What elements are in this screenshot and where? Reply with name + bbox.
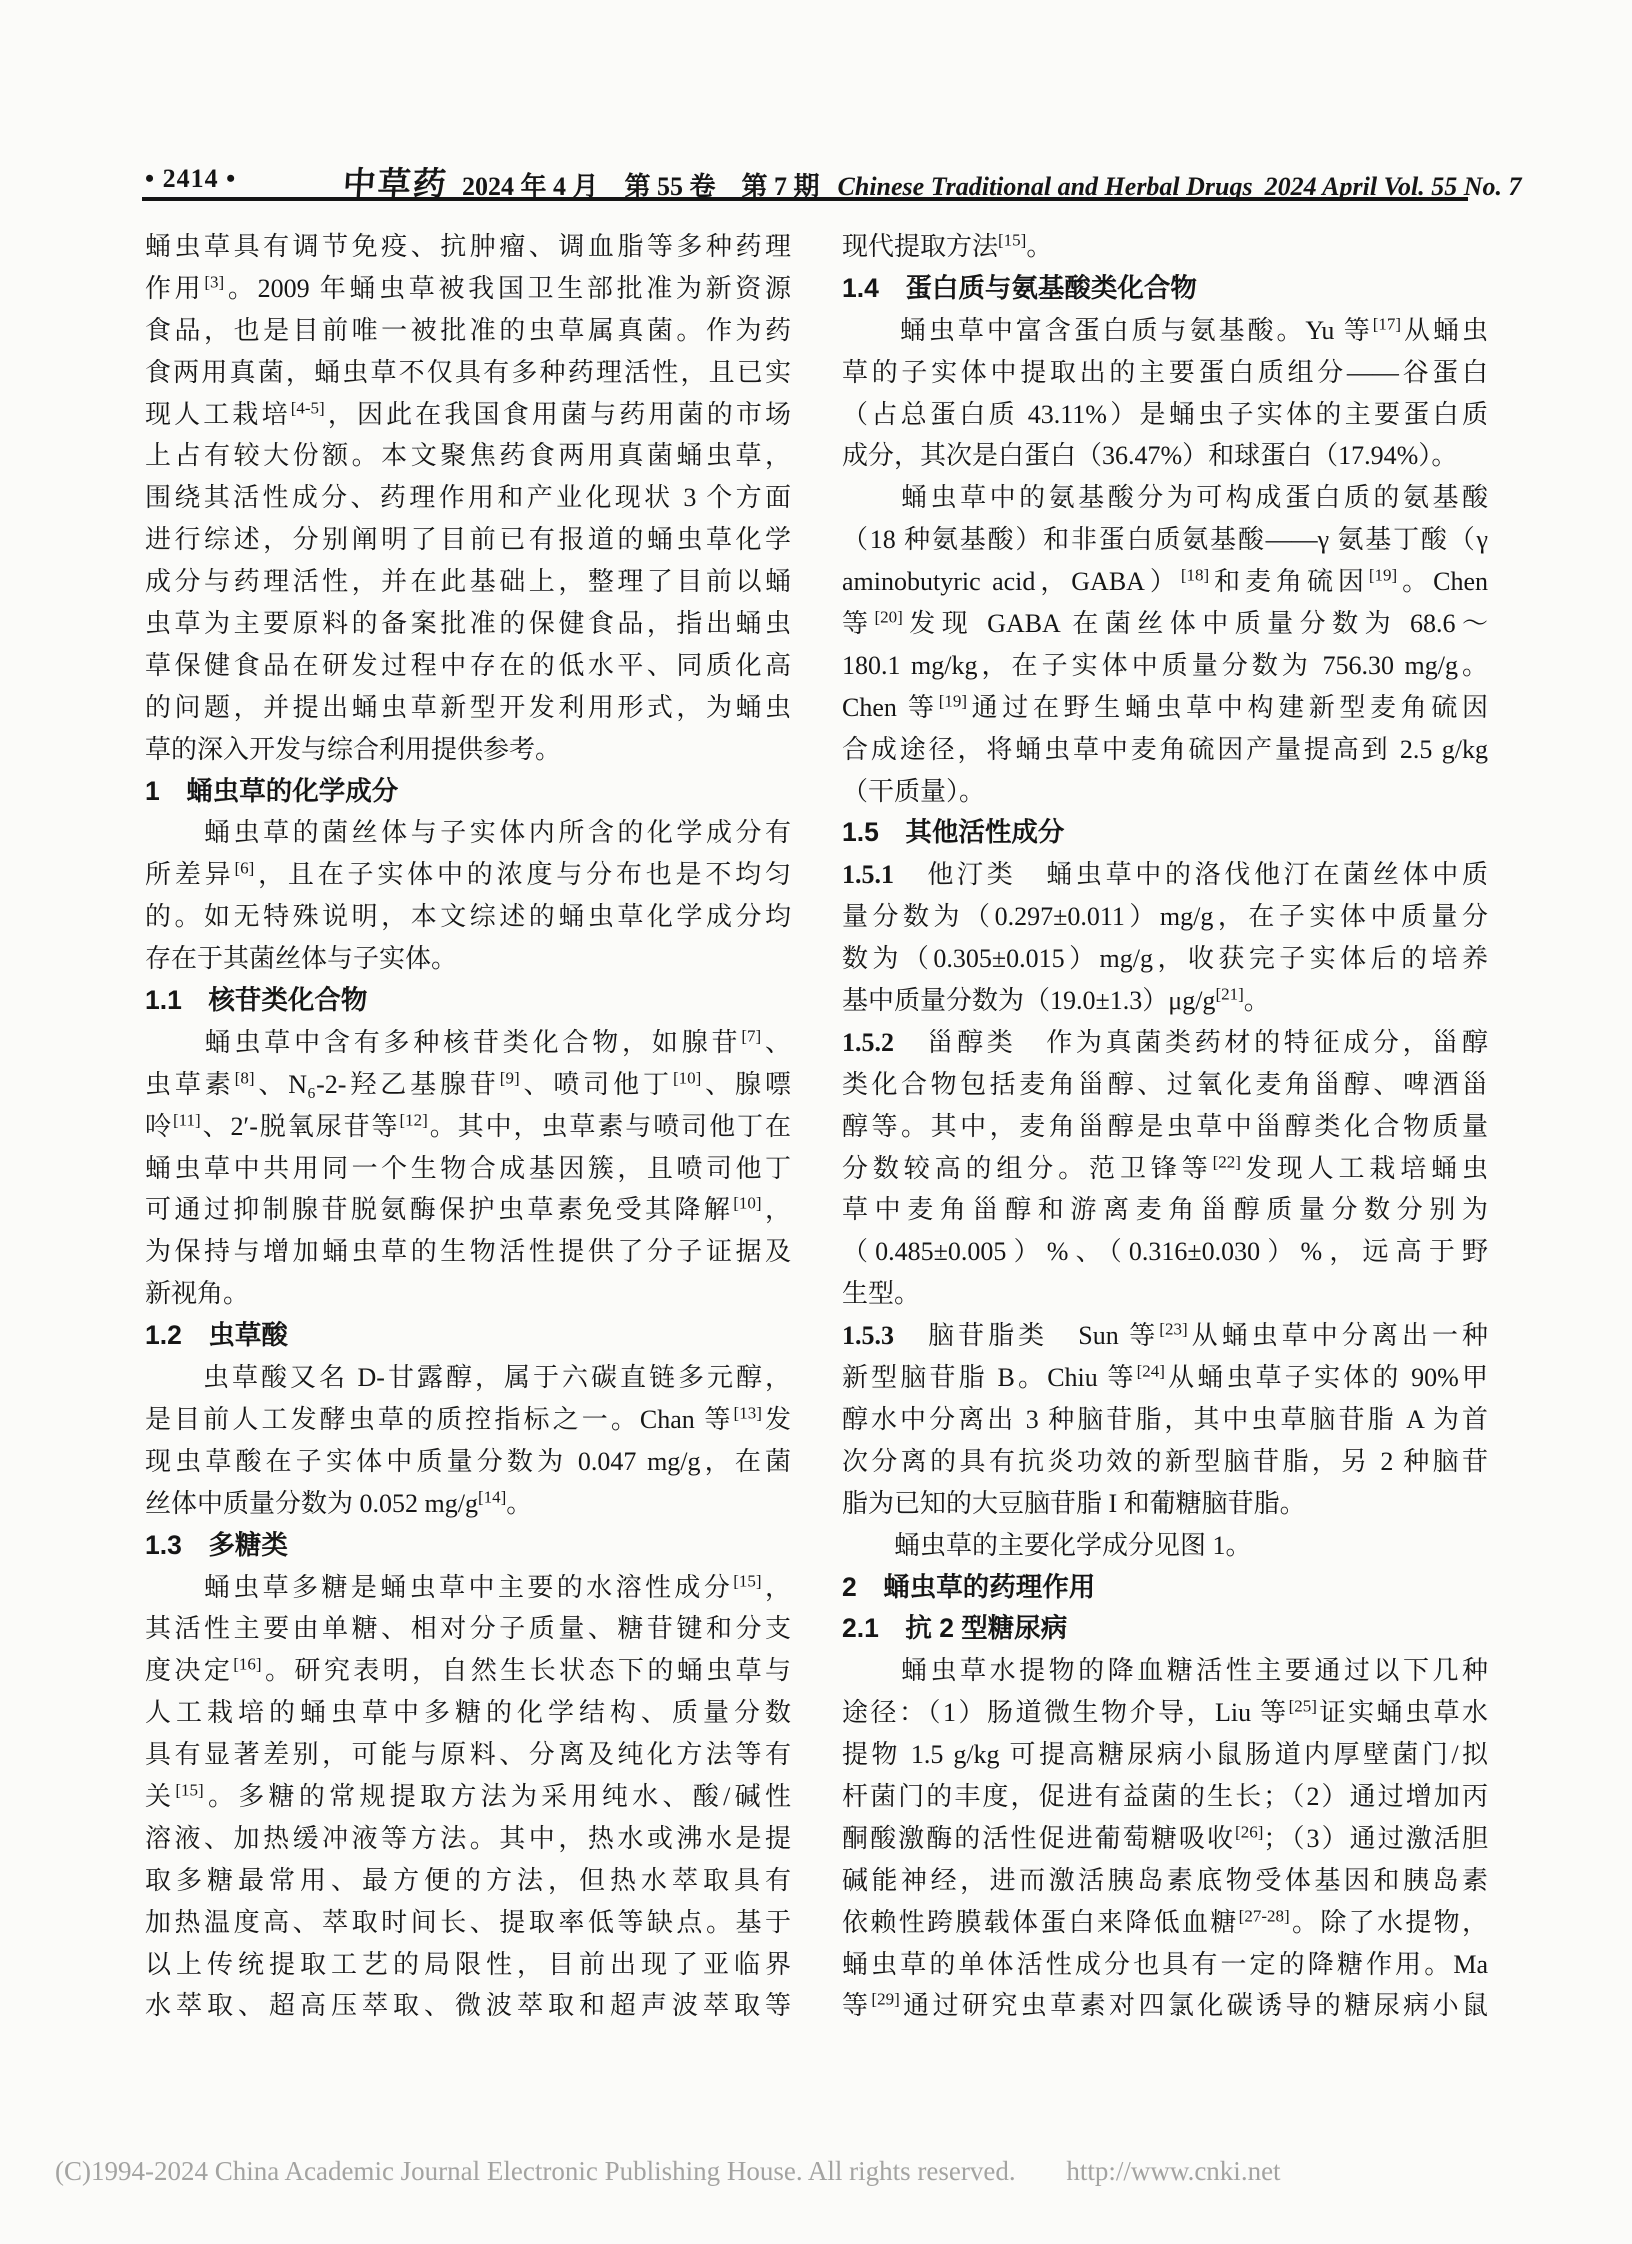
- text-line: 分数较高的组分。范卫锋等[22]发现人工栽培蛹虫: [842, 1148, 1488, 1190]
- text-line: 所差异[6]，且在子实体中的浓度与分布也是不均匀: [145, 854, 791, 896]
- text-line: 虫草素[8]、N₆-2-羟乙基腺苷[9]、喷司他丁[10]、腺嘌: [145, 1064, 791, 1106]
- section-heading: 1.4 蛋白质与氨基酸类化合物: [842, 268, 1488, 310]
- text-line: 1.5.2 甾醇类 作为真菌类药材的特征成分，甾醇: [842, 1022, 1488, 1064]
- text-line: 蛹虫草的单体活性成分也具有一定的降糖作用。Ma: [842, 1944, 1488, 1986]
- text-line: 蛹虫草中富含蛋白质与氨基酸。Yu 等[17]从蛹虫: [842, 310, 1488, 352]
- section-heading: 2.1 抗 2 型糖尿病: [842, 1608, 1488, 1650]
- text-line: 虫草酸又名 D-甘露醇，属于六碳直链多元醇，: [145, 1357, 791, 1399]
- text-line: 蛹虫草中的氨基酸分为可构成蛋白质的氨基酸: [842, 477, 1488, 519]
- text-line: 等[20]发现 GABA 在菌丝体中质量分数为 68.6～: [842, 603, 1488, 645]
- section-heading: 1.5 其他活性成分: [842, 812, 1488, 854]
- text-line: 草的深入开发与综合利用提供参考。: [145, 729, 791, 771]
- run-in-heading: 1.5.2: [842, 1028, 894, 1057]
- text-line: 提物 1.5 g/kg 可提高糖尿病小鼠肠道内厚壁菌门/拟: [842, 1734, 1488, 1776]
- text-line: 作用[3]。2009 年蛹虫草被我国卫生部批准为新资源: [145, 268, 791, 310]
- text-line: 草的子实体中提取出的主要蛋白质组分——谷蛋白: [842, 352, 1488, 394]
- text-line: 进行综述，分别阐明了目前已有报道的蛹虫草化学: [145, 519, 791, 561]
- section-heading: 1.3 多糖类: [145, 1525, 791, 1567]
- page-footer: (C)1994-2024 China Academic Journal Elec…: [55, 2156, 1281, 2187]
- text-line: 虫草为主要原料的备案批准的保健食品，指出蛹虫: [145, 603, 791, 645]
- text-line: 蛹虫草的菌丝体与子实体内所含的化学成分有: [145, 812, 791, 854]
- text-line: 草保健食品在研发过程中存在的低水平、同质化高: [145, 645, 791, 687]
- text-line: 以上传统提取工艺的局限性，目前出现了亚临界: [145, 1944, 791, 1986]
- text-line: 呤[11]、2′-脱氧尿苷等[12]。其中，虫草素与喷司他丁在: [145, 1106, 791, 1148]
- text-line: Chen 等[19]通过在野生蛹虫草中构建新型麦角硫因: [842, 687, 1488, 729]
- text-line: 醇水中分离出 3 种脑苷脂，其中虫草脑苷脂 A 为首: [842, 1399, 1488, 1441]
- text-line: 溶液、加热缓冲液等方法。其中，热水或沸水是提: [145, 1818, 791, 1860]
- text-line: 为保持与增加蛹虫草的生物活性提供了分子证据及: [145, 1231, 791, 1273]
- text-line: （干质量）。: [842, 771, 1488, 813]
- text-line: 的问题，并提出蛹虫草新型开发利用形式，为蛹虫: [145, 687, 791, 729]
- journal-page: • 2414 • 中草药 2024 年 4 月 第 55 卷 第 7 期 Chi…: [0, 0, 1632, 2244]
- text-line: 类化合物包括麦角甾醇、过氧化麦角甾醇、啤酒甾: [842, 1064, 1488, 1106]
- text-line: 关[15]。多糖的常规提取方法为采用纯水、酸/碱性: [145, 1776, 791, 1818]
- column-right: 现代提取方法[15]。1.4 蛋白质与氨基酸类化合物 蛹虫草中富含蛋白质与氨基酸…: [842, 226, 1488, 2027]
- text-line: （18 种氨基酸）和非蛋白质氨基酸——γ 氨基丁酸（γ: [842, 519, 1488, 561]
- text-line: 蛹虫草中共用同一个生物合成基因簇，且喷司他丁: [145, 1148, 791, 1190]
- text-line: 丝体中质量分数为 0.052 mg/g[14]。: [145, 1483, 791, 1525]
- text-line: 具有显著差别，可能与原料、分离及纯化方法等有: [145, 1734, 791, 1776]
- text-line: 基中质量分数为（19.0±1.3）μg/g[21]。: [842, 980, 1488, 1022]
- section-heading: 2 蛹虫草的药理作用: [842, 1567, 1488, 1609]
- text-line: 食品，也是目前唯一被批准的虫草属真菌。作为药: [145, 310, 791, 352]
- text-line: 现虫草酸在子实体中质量分数为 0.047 mg/g，在菌: [145, 1441, 791, 1483]
- text-line: 度决定[16]。研究表明，自然生长状态下的蛹虫草与: [145, 1650, 791, 1692]
- text-line: 蛹虫草多糖是蛹虫草中主要的水溶性成分[15]，: [145, 1567, 791, 1609]
- column-left: 蛹虫草具有调节免疫、抗肿瘤、调血脂等多种药理作用[3]。2009 年蛹虫草被我国…: [145, 226, 791, 2027]
- text-line: 等[29]通过研究虫草素对四氯化碳诱导的糖尿病小鼠: [842, 1985, 1488, 2027]
- text-line: 生型。: [842, 1273, 1488, 1315]
- text-line: 的。如无特殊说明，本文综述的蛹虫草化学成分均: [145, 896, 791, 938]
- run-in-heading: 1.5.3: [842, 1321, 894, 1350]
- text-line: 上占有较大份额。本文聚焦药食两用真菌蛹虫草，: [145, 435, 791, 477]
- text-line: 草中麦角甾醇和游离麦角甾醇质量分数分别为: [842, 1189, 1488, 1231]
- text-line: 现代提取方法[15]。: [842, 226, 1488, 268]
- text-line: 杆菌门的丰度，促进有益菌的生长；（2）通过增加丙: [842, 1776, 1488, 1818]
- text-line: 蛹虫草具有调节免疫、抗肿瘤、调血脂等多种药理: [145, 226, 791, 268]
- text-line: 取多糖最常用、最方便的方法，但热水萃取具有: [145, 1860, 791, 1902]
- page-number: • 2414 •: [145, 164, 236, 194]
- footer-url: http://www.cnki.net: [1066, 2156, 1280, 2186]
- text-line: 是目前人工发酵虫草的质控指标之一。Chan 等[13]发: [145, 1399, 791, 1441]
- page-header: • 2414 • 中草药 2024 年 4 月 第 55 卷 第 7 期 Chi…: [145, 158, 1492, 194]
- text-line: 加热温度高、萃取时间长、提取率低等缺点。基于: [145, 1902, 791, 1944]
- text-line: 可通过抑制腺苷脱氨酶保护虫草素免受其降解[10]，: [145, 1189, 791, 1231]
- text-line: 其活性主要由单糖、相对分子质量、糖苷键和分支: [145, 1608, 791, 1650]
- text-line: 蛹虫草中含有多种核苷类化合物，如腺苷[7]、: [145, 1022, 791, 1064]
- section-heading: 1.1 核苷类化合物: [145, 980, 791, 1022]
- text-line: 途径：（1）肠道微生物介导，Liu 等[25]证实蛹虫草水: [842, 1692, 1488, 1734]
- text-line: 酮酸激酶的活性促进葡萄糖吸收[26]；（3）通过激活胆: [842, 1818, 1488, 1860]
- text-line: 碱能神经，进而激活胰岛素底物受体基因和胰岛素: [842, 1860, 1488, 1902]
- section-heading: 1.2 虫草酸: [145, 1315, 791, 1357]
- text-line: 蛹虫草水提物的降血糖活性主要通过以下几种: [842, 1650, 1488, 1692]
- text-line: 新型脑苷脂 B。Chiu 等[24]从蛹虫草子实体的 90%甲: [842, 1357, 1488, 1399]
- text-line: 现人工栽培[4-5]，因此在我国食用菌与药用菌的市场: [145, 394, 791, 436]
- text-line: 1.5.3 脑苷脂类 Sun 等[23]从蛹虫草中分离出一种: [842, 1315, 1488, 1357]
- section-heading: 1 蛹虫草的化学成分: [145, 771, 791, 813]
- text-line: 合成途径，将蛹虫草中麦角硫因产量提高到 2.5 g/kg: [842, 729, 1488, 771]
- text-line: 数为（0.305±0.015）mg/g，收获完子实体后的培养: [842, 938, 1488, 980]
- header-rule: [142, 197, 1468, 201]
- run-in-heading: 1.5.1: [842, 860, 894, 889]
- text-line: （0.485±0.005）%、（0.316±0.030）%，远高于野: [842, 1231, 1488, 1273]
- text-line: 围绕其活性成分、药理作用和产业化现状 3 个方面: [145, 477, 791, 519]
- text-line: 存在于其菌丝体与子实体。: [145, 938, 791, 980]
- text-line: 脂为已知的大豆脑苷脂 I 和葡糖脑苷脂。: [842, 1483, 1488, 1525]
- text-line: 成分，其次是白蛋白（36.47%）和球蛋白（17.94%）。: [842, 435, 1488, 477]
- text-line: 水萃取、超高压萃取、微波萃取和超声波萃取等: [145, 1985, 791, 2027]
- text-line: 次分离的具有抗炎功效的新型脑苷脂，另 2 种脑苷: [842, 1441, 1488, 1483]
- text-line: 量分数为（0.297±0.011）mg/g，在子实体中质量分: [842, 896, 1488, 938]
- text-line: 180.1 mg/kg，在子实体中质量分数为 756.30 mg/g。: [842, 645, 1488, 687]
- text-line: 依赖性跨膜载体蛋白来降低血糖[27-28]。除了水提物，: [842, 1902, 1488, 1944]
- text-line: aminobutyric acid，GABA）[18]和麦角硫因[19]。Che…: [842, 561, 1488, 603]
- copyright-text: (C)1994-2024 China Academic Journal Elec…: [55, 2156, 1016, 2186]
- text-line: 1.5.1 他汀类 蛹虫草中的洛伐他汀在菌丝体中质: [842, 854, 1488, 896]
- text-line: 蛹虫草的主要化学成分见图 1。: [842, 1525, 1488, 1567]
- text-line: （占总蛋白质 43.11%）是蛹虫子实体的主要蛋白质: [842, 394, 1488, 436]
- text-line: 醇等。其中，麦角甾醇是虫草中甾醇类化合物质量: [842, 1106, 1488, 1148]
- text-line: 人工栽培的蛹虫草中多糖的化学结构、质量分数: [145, 1692, 791, 1734]
- text-line: 食两用真菌，蛹虫草不仅具有多种药理活性，且已实: [145, 352, 791, 394]
- text-line: 新视角。: [145, 1273, 791, 1315]
- text-line: 成分与药理活性，并在此基础上，整理了目前以蛹: [145, 561, 791, 603]
